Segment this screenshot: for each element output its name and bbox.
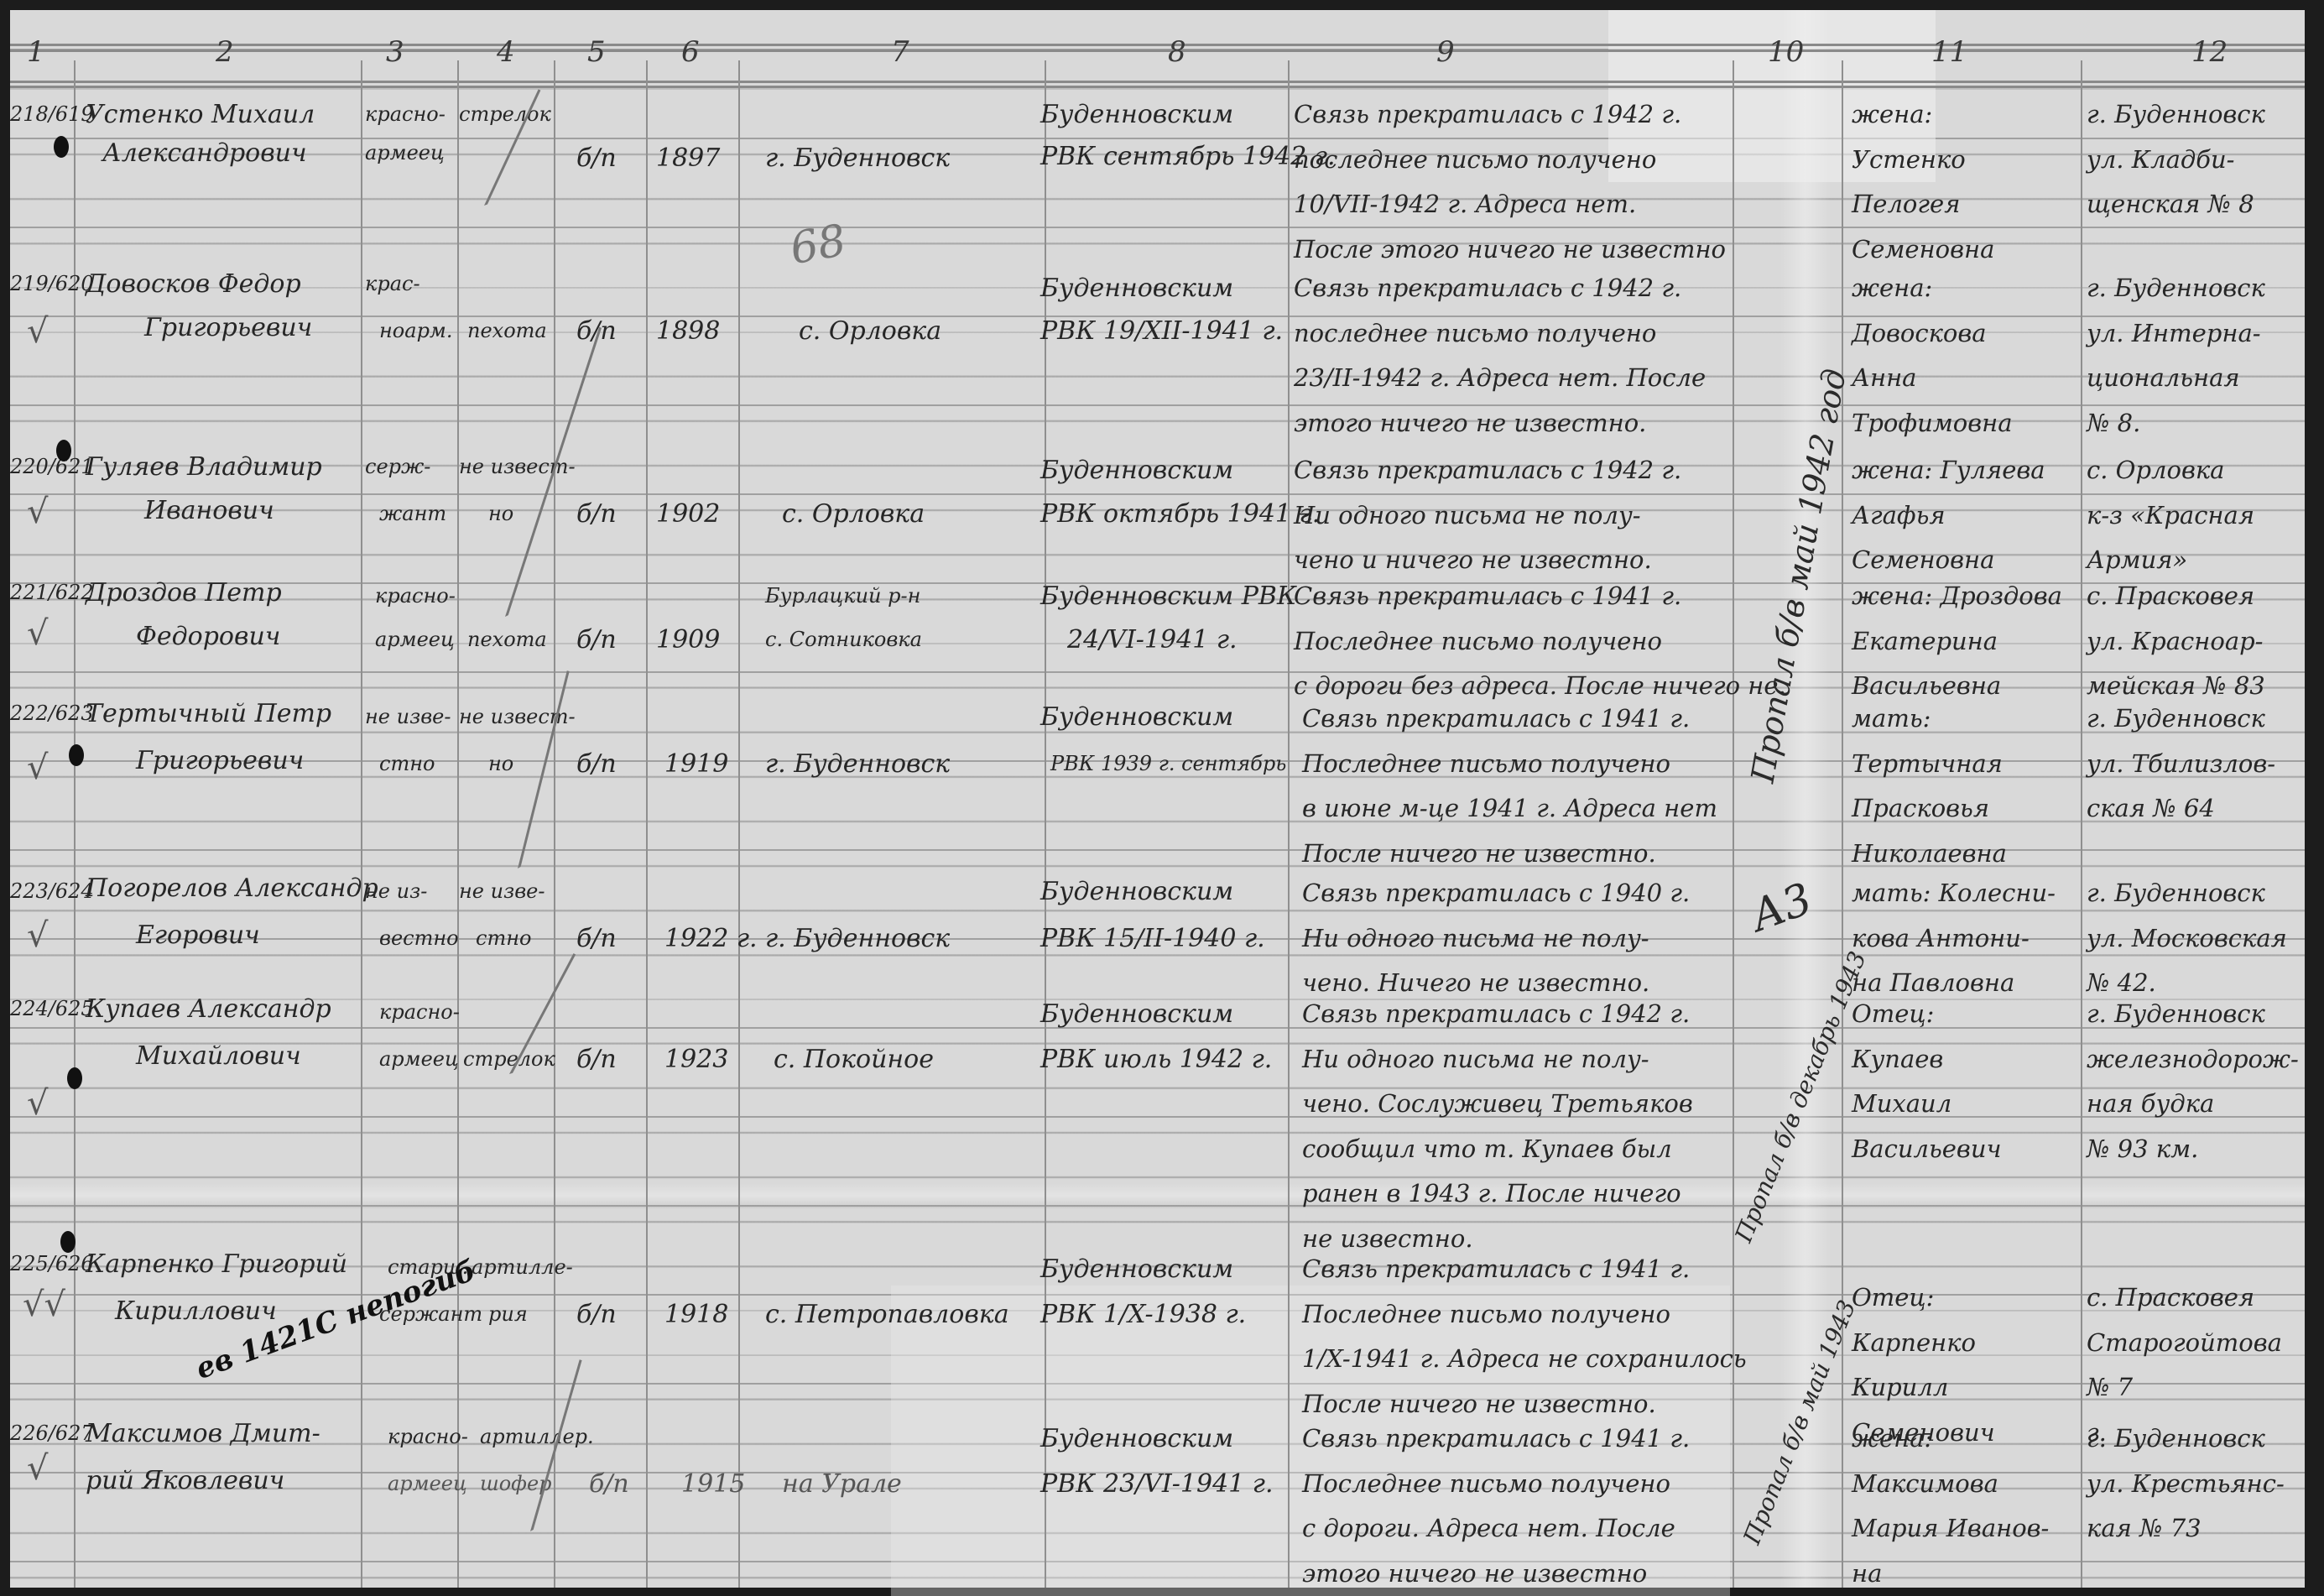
party-status: б/п <box>576 618 617 662</box>
column-rule <box>2081 60 2082 1588</box>
surname-given-name: Максимов Дмит- <box>86 1411 320 1456</box>
document-sheet: 1 2 3 4 5 6 7 8 9 10 11 12 218/619 Устен… <box>10 10 2305 1588</box>
rank: армеец <box>388 1462 467 1506</box>
birth-year: 1897 <box>656 136 720 180</box>
relative-info: жена: Устенко Пелогея Семеновна <box>1852 92 1994 272</box>
party-status: б/п <box>576 1037 617 1082</box>
rank: не из- <box>365 869 427 914</box>
birth-year: 1915 <box>681 1462 745 1506</box>
rank: армеец <box>375 618 455 662</box>
rank: серж- <box>365 445 430 489</box>
column-number: 1 <box>27 35 45 69</box>
birth-year: 1922 г. <box>664 916 758 961</box>
conscription-office: Буденновским <box>1040 992 1233 1036</box>
column-number: 2 <box>216 35 234 69</box>
relative-info: Отец: Купаев Михаил Васильевич <box>1852 992 2002 1171</box>
birthplace: г. Буденновск <box>765 916 950 961</box>
birthplace: с. Покойное <box>774 1037 934 1082</box>
relative-info: жена: Гуляева Агафья Семеновна <box>1852 448 2045 583</box>
surname-given-name: Купаев Александр <box>86 987 331 1031</box>
birthplace: г. Буденновск <box>765 136 950 180</box>
conscription-office: Буденновским <box>1040 1416 1233 1461</box>
column-number: 6 <box>681 35 700 69</box>
birthplace: на Урале <box>782 1462 902 1506</box>
relative-info: мать: Колесни- кова Антони- на Павловна <box>1852 871 2056 1006</box>
punch-hole <box>60 1231 76 1253</box>
last-contact-info: Связь прекратилась с 1941 г. Последнее п… <box>1294 574 1786 709</box>
specialty: пехота <box>467 618 547 662</box>
birth-year: 1918 <box>664 1292 728 1337</box>
conscription-office: Буденновским <box>1040 92 1233 137</box>
column-number: 4 <box>497 35 515 69</box>
conscription-date: РВК 1/X-1938 г. <box>1040 1292 1246 1337</box>
surname-given-name: Тертычный Петр <box>86 691 331 736</box>
punch-hole <box>67 1067 82 1089</box>
check-mark-icon: √ <box>27 312 49 351</box>
column-number: 9 <box>1436 35 1455 69</box>
relative-address: г. Буденновск ул. Крестьянс- кая № 73 <box>2087 1416 2285 1552</box>
birth-year: 1902 <box>656 492 720 536</box>
record-number: 222/623 <box>10 691 94 736</box>
rank: не изве- <box>365 695 451 739</box>
surname-given-name: Карпенко Григорий <box>86 1242 347 1286</box>
patronymic: Иванович <box>144 488 274 533</box>
column-number: 8 <box>1168 35 1186 69</box>
check-mark-icon: √ <box>27 916 49 955</box>
column-rule <box>1842 60 1843 1588</box>
patronymic: Григорьевич <box>144 305 312 350</box>
rank: стно <box>379 742 435 786</box>
conscription-office: Буденновским <box>1040 266 1233 310</box>
conscription-office: Буденновским РВК <box>1040 574 1296 618</box>
check-mark-icon: √ <box>27 1449 49 1488</box>
conscription-office: Буденновским <box>1040 869 1233 914</box>
punch-hole <box>54 136 69 158</box>
record-number: 220/621 <box>10 445 94 489</box>
rank: красно- <box>375 574 456 618</box>
last-contact-info: Связь прекратилась с 1942 г. Ни одного п… <box>1302 992 1693 1261</box>
conscription-date: РВК 1939 г. сентябрь <box>1050 742 1286 786</box>
specialty: пехота <box>467 309 547 353</box>
birthplace: с. Орловка <box>782 492 925 536</box>
party-status: б/п <box>576 492 617 536</box>
check-mark-icon: √ <box>27 748 49 787</box>
birth-year: 1923 <box>664 1037 728 1082</box>
conscription-office: Буденновским <box>1040 448 1233 493</box>
party-status: б/п <box>576 742 617 786</box>
conscription-date: 24/VI-1941 г. <box>1067 618 1238 662</box>
patronymic: Григорьевич <box>136 738 304 783</box>
last-contact-info: Связь прекратилась с 1941 г. Последнее п… <box>1302 1416 1690 1596</box>
last-contact-info: Связь прекратилась с 1942 г. последнее п… <box>1294 266 1706 446</box>
rank: красно- <box>388 1415 468 1459</box>
specialty: стрелок <box>463 1037 555 1082</box>
column-number: 11 <box>1931 35 1967 69</box>
birthplace: с. Сотниковка <box>765 618 922 662</box>
punch-hole <box>69 744 84 766</box>
header-bottom-rule <box>10 81 2305 83</box>
specialty: артилле- <box>472 1245 573 1290</box>
last-contact-info: Связь прекратилась с 1941 г. Последнее п… <box>1302 696 1717 876</box>
rank: вестно <box>379 916 459 961</box>
rank: армеец <box>365 131 445 175</box>
rank: ноарм. <box>379 309 452 353</box>
relative-info: жена: Максимова Мария Иванов- на <box>1852 1416 2049 1596</box>
last-contact-info: Связь прекратилась с 1941 г. Последнее п… <box>1302 1247 1747 1426</box>
relative-address: г. Буденновск ул. Интерна- циональная № … <box>2087 266 2265 446</box>
specialty: стрелок <box>459 92 551 137</box>
relative-address: с. Прасковея ул. Красноар- мейская № 83 <box>2087 574 2265 709</box>
birthplace: с. Петропавловка <box>765 1292 1009 1337</box>
last-contact-info: Связь прекратилась с 1942 г. последнее п… <box>1294 92 1726 272</box>
column-number: 3 <box>386 35 404 69</box>
conscription-office: Буденновским <box>1040 1247 1233 1291</box>
party-status: б/п <box>576 136 617 180</box>
birthplace: с. Орловка <box>799 309 941 353</box>
conscription-office: Буденновским <box>1040 695 1233 739</box>
specialty: стно <box>476 916 531 961</box>
column-rule <box>646 60 648 1588</box>
specialty: но <box>488 492 513 536</box>
conscription-date: РВК июль 1942 г. <box>1040 1037 1272 1082</box>
column-number: 12 <box>2191 35 2228 69</box>
patronymic: рий Яковлевич <box>86 1458 284 1503</box>
patronymic: Александрович <box>102 131 307 175</box>
check-mark-icon: √ <box>27 1084 49 1123</box>
surname-given-name: Дроздов Петр <box>86 571 282 615</box>
conscription-date: РВК 19/XII-1941 г. <box>1040 309 1283 353</box>
last-contact-info: Связь прекратилась с 1940 г. Ни одного п… <box>1302 871 1690 1006</box>
column-rule <box>457 60 459 1588</box>
check-mark-icon: √ <box>27 493 49 531</box>
record-number: 223/624 <box>10 869 94 914</box>
record-number: 226/627 <box>10 1411 94 1456</box>
conscription-date: РВК октябрь 1941 г. <box>1040 492 1320 536</box>
record-number: 219/620 <box>10 262 94 306</box>
patronymic: Михайлович <box>136 1034 301 1078</box>
birth-year: 1909 <box>656 618 720 662</box>
header-bottom-rule <box>10 86 2305 88</box>
rank: красно- <box>379 990 460 1035</box>
punch-hole <box>56 440 71 462</box>
paper-fold-horizontal <box>10 1183 2305 1208</box>
party-status: б/п <box>576 916 617 961</box>
birthplace-district: Бурлацкий р-н <box>765 574 920 618</box>
specialty: не изве- <box>459 869 545 914</box>
check-mark-icon: √ <box>27 614 49 653</box>
column-rule <box>554 60 555 1588</box>
birth-year: 1898 <box>656 309 720 353</box>
rank: армеец <box>379 1037 459 1082</box>
party-status: б/п <box>576 1292 617 1337</box>
relative-info: мать: Тертычная Прасковья Николаевна <box>1852 696 2007 876</box>
patronymic: Егорович <box>136 913 260 957</box>
relative-address: г. Буденновск ул. Кладби- щенская № 8 <box>2087 92 2265 227</box>
column-rule <box>738 60 740 1588</box>
column-rule <box>1288 60 1290 1588</box>
relative-address: с. Орловка к-з «Красная Армия» <box>2087 448 2254 583</box>
patronymic: Федорович <box>136 614 280 659</box>
patronymic: Кириллович <box>115 1289 277 1333</box>
record-number: 224/625 <box>10 987 94 1031</box>
relative-info: жена: Довоскова Анна Трофимовна <box>1852 266 2013 446</box>
surname-given-name: Погорелов Александр <box>86 866 378 910</box>
column-number: 7 <box>891 35 909 69</box>
specialty: но <box>488 742 513 786</box>
party-status: б/п <box>589 1462 629 1506</box>
record-number: 221/622 <box>10 571 94 615</box>
conscription-date: РВК сентябрь 1942 г. <box>1040 134 1336 179</box>
conscription-date: РВК 15/II-1940 г. <box>1040 916 1265 961</box>
relative-address: г. Буденновск ул. Тбилизлов- ская № 64 <box>2087 696 2275 832</box>
relative-info: жена: Дроздова Екатерина Васильевна <box>1852 574 2062 709</box>
specialty: артиллер. <box>480 1415 594 1459</box>
last-contact-info: Связь прекратилась с 1942 г. Ни одного п… <box>1294 448 1681 583</box>
relative-address: г. Буденновск железнодорож- ная будка № … <box>2087 992 2299 1171</box>
column-rule <box>361 60 362 1588</box>
rank: жант <box>379 492 446 536</box>
birthplace: г. Буденновск <box>765 742 950 786</box>
record-number: 225/626 <box>10 1242 94 1286</box>
party-status: б/п <box>576 309 617 353</box>
conscription-date: РВК 23/VI-1941 г. <box>1040 1462 1274 1506</box>
record-number: 218/619 <box>10 92 94 137</box>
birth-year: 1919 <box>664 742 728 786</box>
column-number: 10 <box>1768 35 1804 69</box>
rank: крас- <box>365 262 420 306</box>
check-mark-icon: √√ <box>23 1286 65 1324</box>
surname-given-name: Гуляев Владимир <box>86 445 322 489</box>
surname-given-name: Довосков Федор <box>86 262 301 306</box>
pencil-mark: 68 <box>786 216 850 275</box>
relative-address: г. Буденновск ул. Московская № 42. <box>2087 871 2287 1006</box>
specialty: рия <box>488 1292 528 1337</box>
column-number: 5 <box>587 35 606 69</box>
